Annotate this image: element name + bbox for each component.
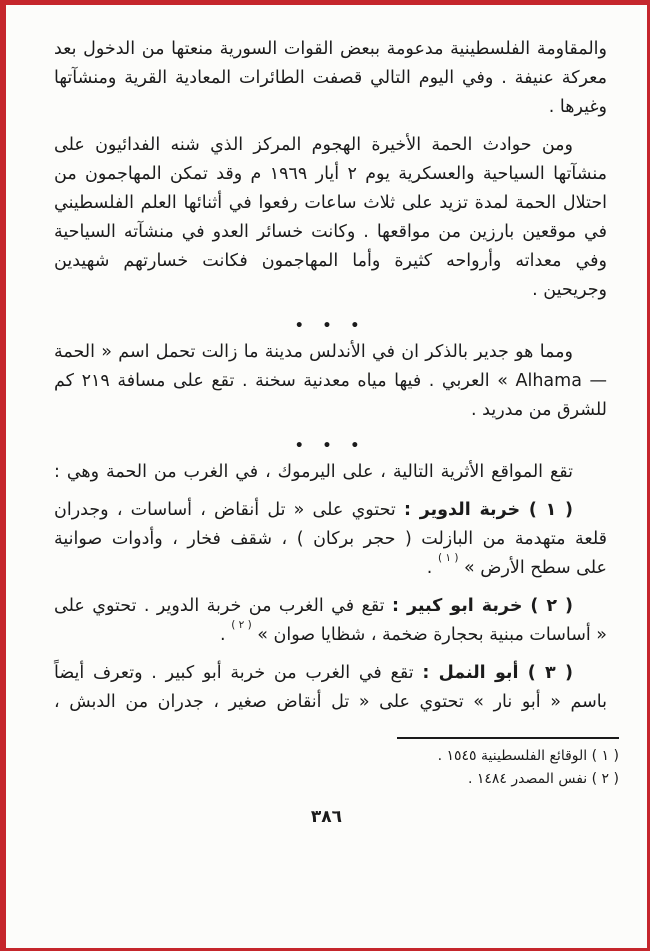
text-line: تقع المواقع الأثرية التالية ، على اليرمو… xyxy=(54,458,607,487)
text-line: وجريحين . xyxy=(54,276,607,305)
scanned-book-page: والمقاومة الفلسطينية مدعومة ببعض القوات … xyxy=(0,0,650,951)
text-line: ومن حوادث الحمة الأخيرة الهجوم المركز ال… xyxy=(54,131,607,160)
footnote: ( ٢ ) نفس المصدر ١٤٨٤ . xyxy=(279,768,619,791)
text-line: احتلال الحمة لمدة تزيد على ثلاث ساعات رف… xyxy=(54,189,607,218)
section-separator-dots: • • • xyxy=(54,434,607,458)
page-number: ٣٨٦ xyxy=(6,807,647,827)
paragraph: تقع المواقع الأثرية التالية ، على اليرمو… xyxy=(54,458,607,487)
text-line: ( ١ ) خربة الدوير : تحتوي على « تل أنقاض… xyxy=(54,496,607,525)
text-line: ( ٢ ) خربة ابو كبير : تقع في الغرب من خر… xyxy=(54,592,607,621)
paragraph: ( ٣ ) أبو النمل : تقع في الغرب من خربة أ… xyxy=(54,659,607,717)
text-line: — Alhama » العربي . فيها مياه معدنية سخن… xyxy=(54,367,607,396)
text-line: وغيرها . xyxy=(54,93,607,122)
paragraph: ومن حوادث الحمة الأخيرة الهجوم المركز ال… xyxy=(54,131,607,305)
text-line: قلعة متهدمة من البازلت ( حجر بركان ) ، ش… xyxy=(54,525,607,554)
footnotes-section: ( ١ ) الوقائع الفلسطينية ١٥٤٥ .( ٢ ) نفس… xyxy=(279,737,619,791)
text-line: « أساسات مبنية بحجارة ضخمة ، شظايا صوان … xyxy=(54,621,607,650)
text-line: ومما هو جدير بالذكر ان في الأندلس مدينة … xyxy=(54,338,607,367)
footnote-divider xyxy=(397,737,619,739)
text-line: على سطح الأرض » ( ١ ) . xyxy=(54,554,607,583)
text-line: باسم « أبو نار » تحتوي على « تل أنقاض صغ… xyxy=(54,688,607,717)
section-separator-dots: • • • xyxy=(54,314,607,338)
footnote: ( ١ ) الوقائع الفلسطينية ١٥٤٥ . xyxy=(279,745,619,768)
paragraph: ومما هو جدير بالذكر ان في الأندلس مدينة … xyxy=(54,338,607,425)
text-line: معركة عنيفة . وفي اليوم التالي قصفت الطا… xyxy=(54,64,607,93)
paragraph: ( ١ ) خربة الدوير : تحتوي على « تل أنقاض… xyxy=(54,496,607,583)
text-line: للشرق من مدريد . xyxy=(54,396,607,425)
text-line: وفي معداته وأرواحه كثيرة وأما المهاجمون … xyxy=(54,247,607,276)
text-line: والمقاومة الفلسطينية مدعومة ببعض القوات … xyxy=(54,35,607,64)
paragraph: والمقاومة الفلسطينية مدعومة ببعض القوات … xyxy=(54,35,607,122)
text-line: ( ٣ ) أبو النمل : تقع في الغرب من خربة أ… xyxy=(54,659,607,688)
text-column: والمقاومة الفلسطينية مدعومة ببعض القوات … xyxy=(6,5,647,717)
text-line: منشآتها السياحية والعسكرية يوم ٢ أيار ١٩… xyxy=(54,160,607,189)
text-line: في موقعين بارزين من مواقعها . وكانت خسائ… xyxy=(54,218,607,247)
paragraph: ( ٢ ) خربة ابو كبير : تقع في الغرب من خر… xyxy=(54,592,607,650)
